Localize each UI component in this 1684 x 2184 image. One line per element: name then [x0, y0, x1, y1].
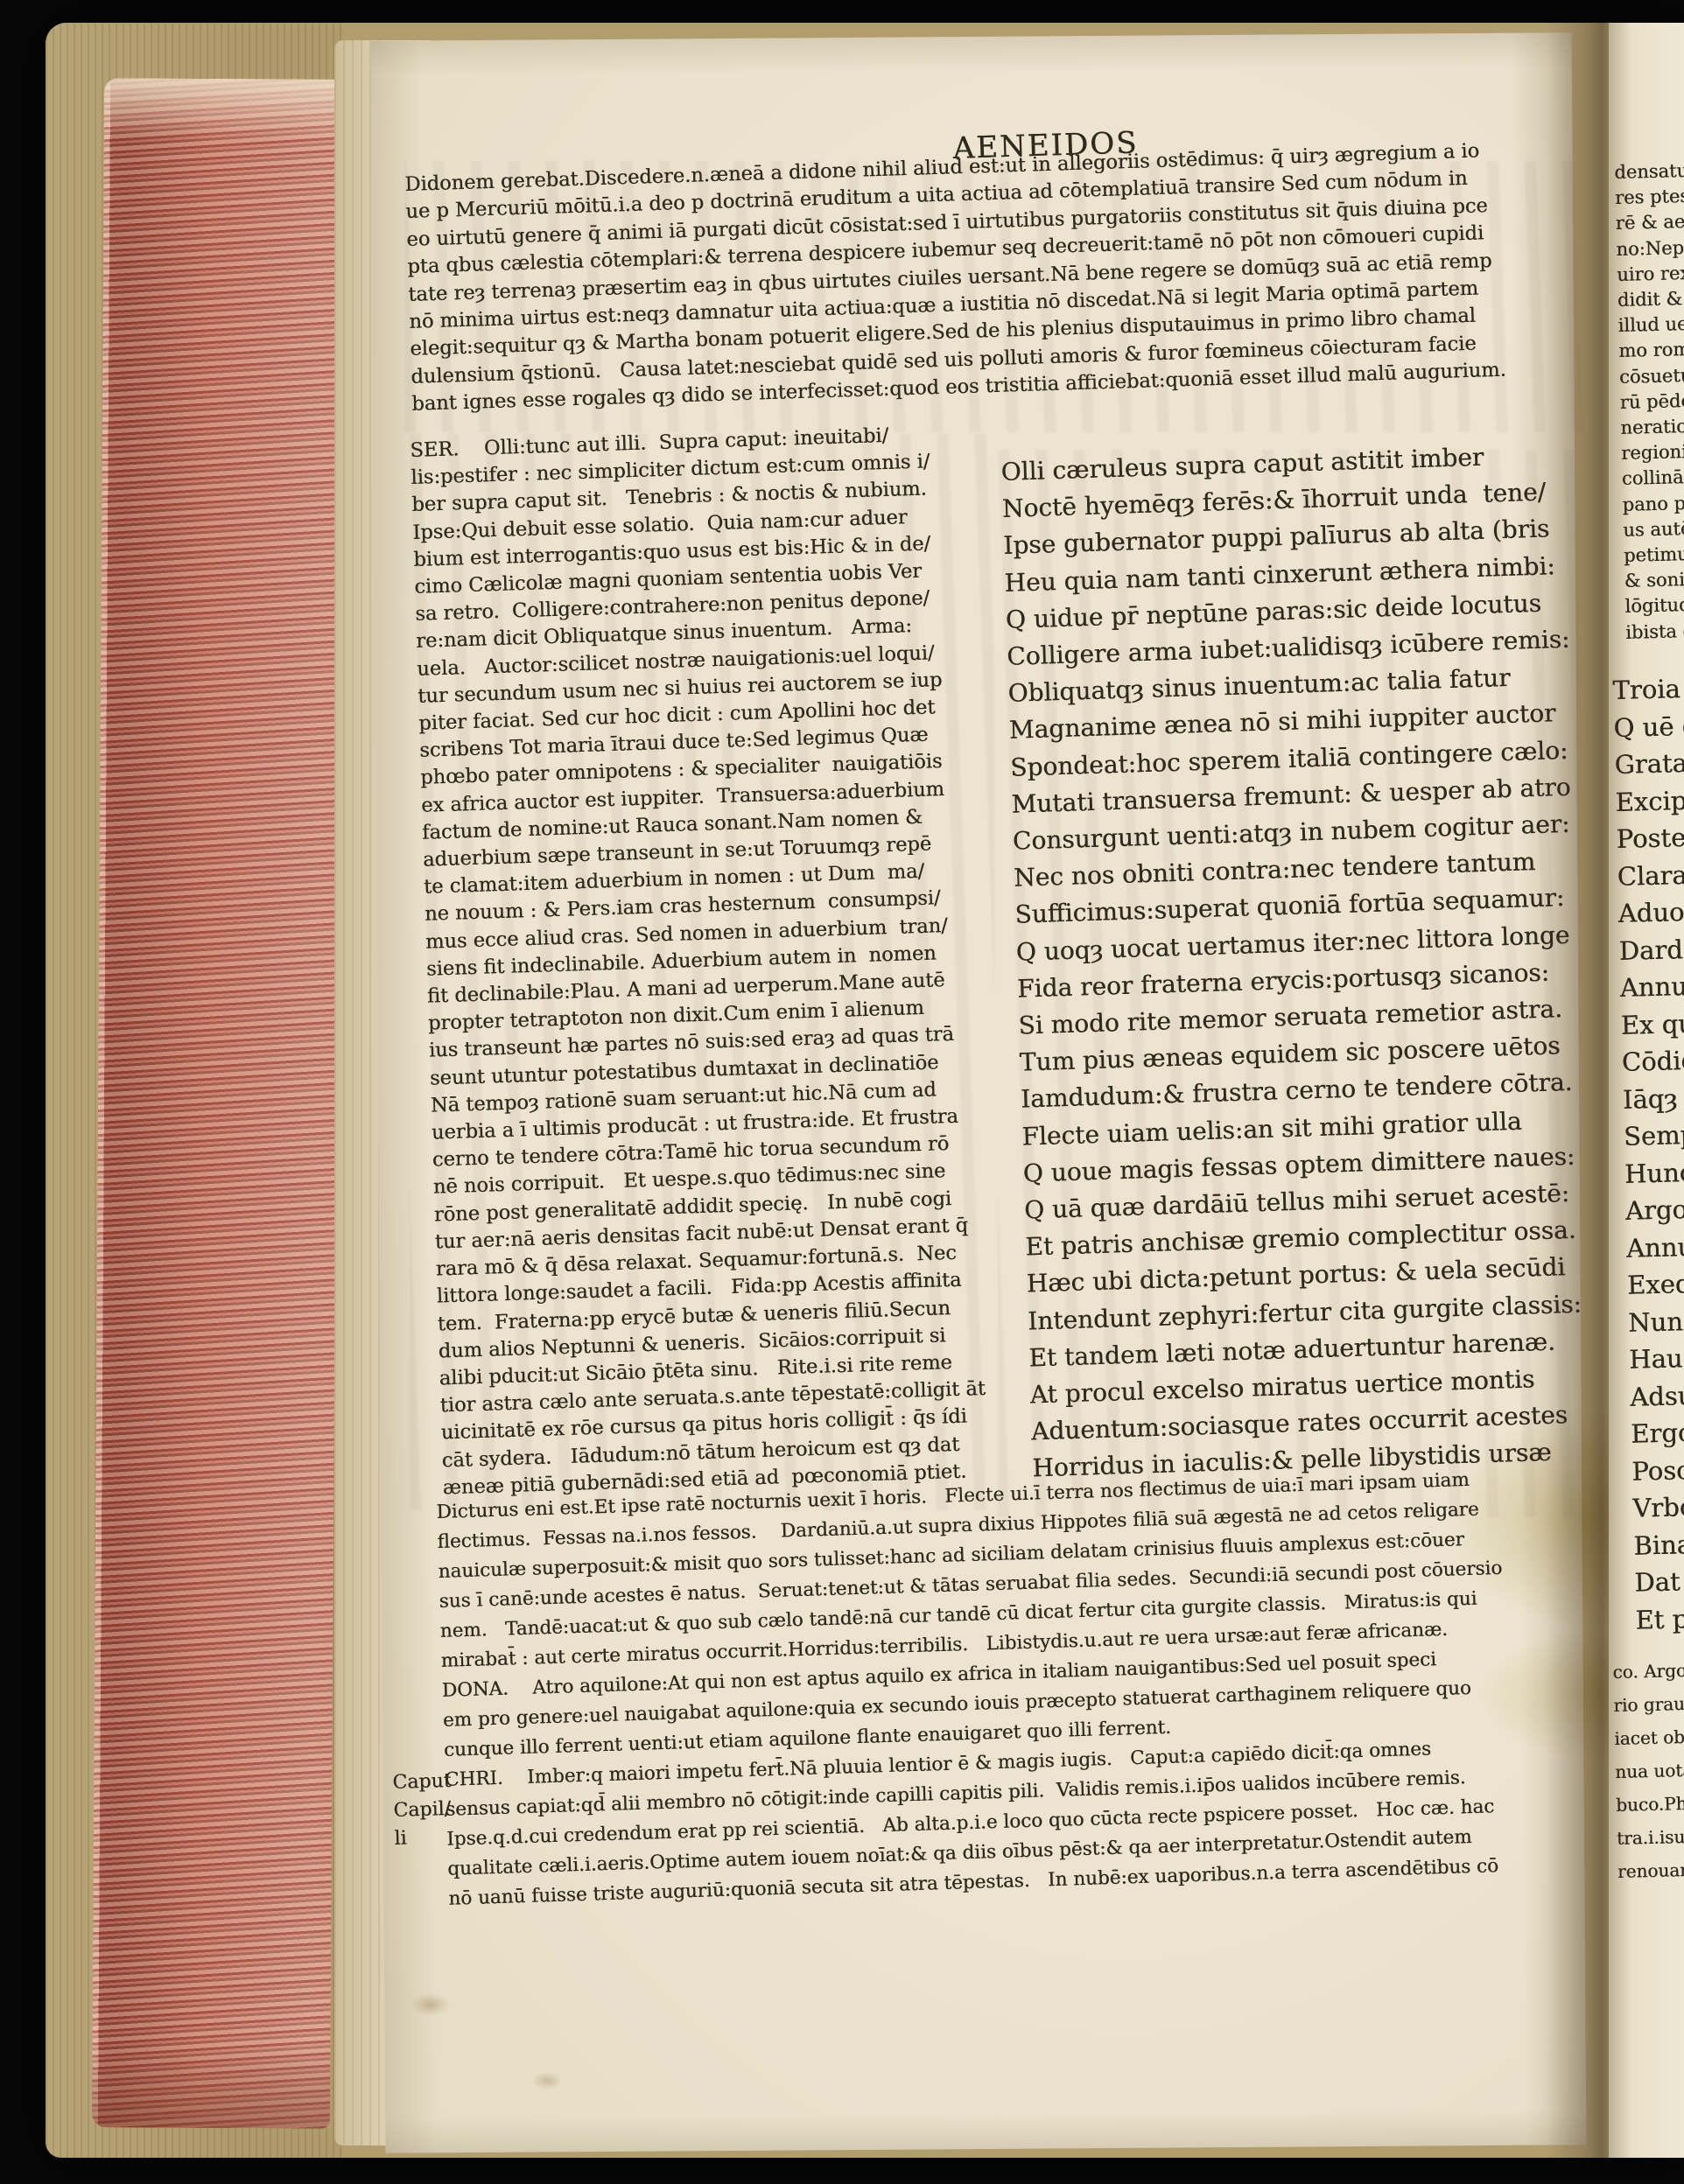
text-line: & sonitū qu [1624, 566, 1684, 595]
fore-edge-pages [92, 78, 342, 2129]
text-line: buco.Pho [1616, 1786, 1684, 1822]
text-line: pano propin [1622, 489, 1684, 518]
facing-page-commentary-bottom: co. Argorio grauissiacet obrūnua uota &b… [1612, 1653, 1684, 1888]
text-line: Troia crim [1612, 668, 1684, 709]
servius-commentary-column: SER. Olli:tunc aut illi. Supra caput: in… [410, 420, 988, 1501]
text-line: collinā tēplu [1622, 464, 1684, 493]
text-line: Iāqȝ dies [1622, 1078, 1684, 1118]
text-line: rū pēdere iu [1619, 387, 1684, 416]
text-line: Excipit:a [1615, 780, 1684, 821]
text-line: Caput [392, 1767, 452, 1797]
text-line: mo roman [1618, 336, 1684, 365]
text-line: Annuus [1619, 966, 1684, 1006]
text-line: Hunc ego [1624, 1152, 1684, 1193]
text-line: Annua uo [1626, 1227, 1684, 1267]
text-line: iacet obrū [1614, 1719, 1684, 1755]
text-line: didit & ī ar [1617, 285, 1684, 314]
text-line: nua uota & [1615, 1753, 1684, 1788]
text-line: Dat num [1634, 1561, 1684, 1601]
text-line: Cōdidim [1621, 1040, 1684, 1081]
text-line: Haud eq [1629, 1338, 1684, 1378]
text-line: rē & aeris ī [1615, 208, 1684, 237]
text-line: tra.i.isupe [1617, 1819, 1684, 1855]
text-line: cōsuetudin [1619, 361, 1684, 390]
text-line: Semper h [1623, 1115, 1684, 1155]
text-line: densatur ae [1614, 157, 1684, 186]
text-line: no:Neptūn [1616, 234, 1684, 262]
facing-page-commentary-top: densatur aeres ptes in arē & aeris īno:N… [1614, 157, 1684, 646]
bottom-commentary-block: Dicturus eni est.Et ipse ratē nocturnis … [436, 1465, 1512, 1914]
text-line: rio grauiss [1613, 1686, 1684, 1722]
text-line: regionibus [1621, 438, 1684, 467]
text-line: Adsumu [1630, 1375, 1684, 1416]
text-line: renouare [1617, 1852, 1684, 1888]
text-line: neratione c [1620, 413, 1684, 442]
text-line: Poscamu [1631, 1449, 1684, 1489]
text-line: Ex quo r [1620, 1004, 1684, 1044]
text-line: Q uē gēu [1613, 706, 1684, 746]
text-line: Et patrio [1635, 1598, 1684, 1638]
text-line: Vrbe uel [1632, 1487, 1684, 1527]
text-line: Gratatur [1614, 743, 1684, 783]
text-line: Nunc ult [1628, 1301, 1684, 1341]
text-line: Dardan [1618, 929, 1684, 969]
text-line: Exequere [1627, 1263, 1684, 1304]
text-line: lōgitudinem [1624, 591, 1684, 620]
intro-commentary-paragraph: Didonem gerebat.Discedere.n.æneā a didon… [404, 137, 1506, 419]
text-line: Ergo agit [1631, 1412, 1684, 1452]
text-line: ibista enim [1625, 617, 1684, 646]
text-line: res ptes in a [1615, 183, 1684, 212]
text-line: illud uehem [1617, 311, 1684, 339]
text-line: Capil/ [393, 1795, 453, 1825]
text-line: Aduoca [1617, 892, 1684, 932]
text-line: Postera c [1616, 817, 1684, 857]
open-book: AENEIDOS Didonem gerebat.Discedere.n.æne… [46, 23, 1684, 2158]
aeneid-verse-column: Olli cæruleus supra caput astitit imberN… [1000, 437, 1596, 1487]
text-line: Clara di [1617, 855, 1684, 895]
text-line: us autē esset [1623, 514, 1684, 543]
margin-note: CaputCapil/li [392, 1767, 453, 1853]
text-line: li [394, 1823, 453, 1853]
text-line: Bina bou [1633, 1523, 1684, 1564]
text-line: uiro rex sic [1617, 259, 1684, 288]
text-line: co. Argo [1612, 1653, 1684, 1689]
text-line: petimus cu [1624, 541, 1684, 570]
text-line: Argolico [1625, 1189, 1684, 1229]
book-photo: AENEIDOS Didonem gerebat.Discedere.n.æne… [0, 0, 1684, 2184]
